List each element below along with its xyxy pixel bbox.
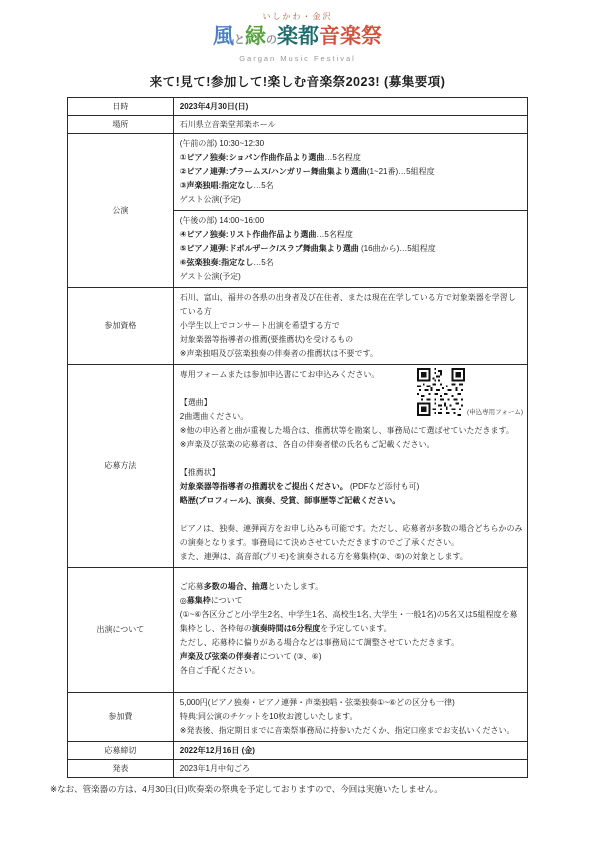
text-segment: …5名程度 bbox=[324, 153, 360, 162]
row-value-place: 石川県立音楽堂邦楽ホール bbox=[173, 115, 527, 133]
text-line: ※声楽及び弦楽の応募者は、各自の伴奏者様の氏名もご記載ください。 bbox=[180, 438, 523, 452]
text-line bbox=[180, 452, 523, 466]
text-line: 各自ご手配ください。 bbox=[180, 664, 523, 678]
text-segment: 演奏時間は6分程度 bbox=[252, 624, 320, 633]
logo-subtitle: Gargan Music Festival bbox=[0, 55, 595, 63]
text-segment: といたします。 bbox=[268, 582, 323, 591]
row-value-performance-morning: (午前の部) 10:30~12:30①ピアノ独奏:ショパン作曲作品より選曲…5名… bbox=[173, 133, 527, 210]
row-deadline: 応募締切 2022年12月16日 (金) bbox=[68, 741, 528, 759]
text-line: ※声楽独唱及び弦楽独奏の伴奏者の推薦状は不要です。 bbox=[180, 347, 523, 361]
row-label-deadline: 応募締切 bbox=[68, 741, 174, 759]
text-line: 略歴(プロフィール)、演奏、受賞、師事歴等ご記載ください。 bbox=[180, 494, 523, 508]
row-value-application: (申込専用フォーム) 専用フォームまたは参加申込書にてお申込みください。 【選曲… bbox=[173, 364, 527, 567]
text-line: また、連弾は、高音部(プリモ)を演奏される方を募集枠(②、⑤)の対象とします。 bbox=[180, 550, 523, 564]
qr-code-image bbox=[417, 368, 465, 416]
row-appearance: 出演について ご応募多数の場合、抽選といたします。◎募集枠について(①~⑥各区分… bbox=[68, 567, 528, 692]
text-line: ※発表後、指定期日までに音楽祭事務局に持参いただくか、指定口座までお支払いくださ… bbox=[180, 724, 523, 738]
row-performance-morning: 公演 (午前の部) 10:30~12:30①ピアノ独奏:ショパン作曲作品より選曲… bbox=[68, 133, 528, 210]
logo-word-ongakusai: 音楽祭 bbox=[319, 23, 382, 48]
text-segment: …5名程度 bbox=[316, 230, 352, 239]
text-segment: 対象楽器等指導者の推薦状をご提出ください。 bbox=[180, 482, 348, 491]
row-label-place: 場所 bbox=[68, 115, 174, 133]
text-segment: …5名 bbox=[253, 258, 273, 267]
row-value-fee: 5,000円(ピアノ独奏・ピアノ連弾・声楽独唱・弦楽独奏①~⑥どの区分も一律)特… bbox=[173, 692, 527, 741]
text-line: 声楽及び弦楽の伴奏者について (③、⑥) bbox=[180, 650, 523, 664]
text-line: ③声楽独唱:指定なし…5名 bbox=[180, 179, 523, 193]
logo-char-to: と bbox=[234, 33, 245, 46]
text-segment: 略歴(プロフィール)、演奏、受賞、師事歴等ご記載ください。 bbox=[180, 496, 401, 505]
row-label-announcement: 発表 bbox=[68, 759, 174, 777]
text-line: ゲスト公演(予定) bbox=[180, 193, 523, 207]
text-line: 小学生以上でコンサート出演を希望する方で bbox=[180, 319, 523, 333]
text-line: (①~⑥各区分ごと/小学生2名、中学生1名、高校生1名, 大学生・一般1名)の5… bbox=[180, 608, 523, 636]
document-page: いしかわ・金沢 風と緑の楽都音楽祭 Gargan Music Festival … bbox=[0, 0, 595, 841]
row-label-eligibility: 参加資格 bbox=[68, 287, 174, 364]
text-line bbox=[180, 508, 523, 522]
datetime-value: 2023年4月30日(日) bbox=[180, 102, 248, 111]
row-value-performance-afternoon: (午後の部) 14:00~16:00④ピアノ独奏:リスト作曲作品より選曲…5名程… bbox=[173, 210, 527, 287]
text-line: ゲスト公演(予定) bbox=[180, 270, 523, 284]
row-announcement: 発表 2023年1月中旬ごろ bbox=[68, 759, 528, 777]
logo-char-midori: 緑 bbox=[245, 23, 266, 48]
text-segment: を予定しています。 bbox=[320, 624, 391, 633]
logo-region-text: いしかわ・金沢 bbox=[0, 13, 595, 21]
text-segment: について (③、⑥) bbox=[260, 652, 322, 661]
requirements-table: 日時 2023年4月30日(日) 場所 石川県立音楽堂邦楽ホール 公演 (午前の… bbox=[67, 97, 528, 778]
text-segment: (PDFなど添付も可) bbox=[348, 482, 420, 491]
text-segment: 多数の場合、抽選 bbox=[204, 582, 268, 591]
text-line: ただし、応募枠に偏りがある場合などは事務局にて調整させていただきます。 bbox=[180, 636, 523, 650]
text-line: ②ピアノ連弾:ブラームス/ハンガリー舞曲集より選曲(1~21番)…5組程度 bbox=[180, 165, 523, 179]
text-line: ④ピアノ独奏:リスト作曲作品より選曲…5名程度 bbox=[180, 228, 523, 242]
text-line: 【推薦状】 bbox=[180, 466, 523, 480]
text-segment: ◎募集枠 bbox=[180, 596, 211, 605]
logo-char-kaze: 風 bbox=[213, 23, 234, 48]
text-line: ※他の申込者と曲が重複した場合は、推薦状等を勘案し、事務局にて選ばせていただきま… bbox=[180, 424, 523, 438]
row-value-appearance: ご応募多数の場合、抽選といたします。◎募集枠について(①~⑥各区分ごと/小学生2… bbox=[173, 567, 527, 692]
row-value-datetime: 2023年4月30日(日) bbox=[173, 97, 527, 115]
text-line: ①ピアノ独奏:ショパン作曲作品より選曲…5名程度 bbox=[180, 151, 523, 165]
text-segment: ⑤ピアノ連弾:ドボルザーク/スラブ舞曲集より選曲 bbox=[180, 244, 359, 253]
text-line: ご応募多数の場合、抽選といたします。 bbox=[180, 580, 523, 594]
row-label-datetime: 日時 bbox=[68, 97, 174, 115]
text-line: 石川、富山、福井の各県の出身者及び在住者、または現在在学している方で対象楽器を学… bbox=[180, 291, 523, 319]
logo-word-gakuto: 楽都 bbox=[277, 23, 319, 48]
row-fee: 参加費 5,000円(ピアノ独奏・ピアノ連弾・声楽独唱・弦楽独奏①~⑥どの区分も… bbox=[68, 692, 528, 741]
page-title: 来て!見て!参加して!楽しむ音楽祭2023! (募集要項) bbox=[0, 72, 595, 90]
row-eligibility: 参加資格 石川、富山、福井の各県の出身者及び在住者、または現在在学している方で対… bbox=[68, 287, 528, 364]
text-segment: 声楽及び弦楽の伴奏者 bbox=[180, 652, 260, 661]
row-datetime: 日時 2023年4月30日(日) bbox=[68, 97, 528, 115]
logo: いしかわ・金沢 風と緑の楽都音楽祭 Gargan Music Festival bbox=[0, 0, 595, 63]
text-segment: ④ピアノ独奏:リスト作曲作品より選曲 bbox=[180, 230, 317, 239]
logo-main-text: 風と緑の楽都音楽祭 bbox=[0, 24, 595, 51]
row-place: 場所 石川県立音楽堂邦楽ホール bbox=[68, 115, 528, 133]
text-segment: …5名 bbox=[253, 181, 273, 190]
text-segment: ①ピアノ独奏:ショパン作曲作品より選曲 bbox=[180, 153, 325, 162]
text-segment: について bbox=[211, 596, 243, 605]
text-line: 対象楽器等指導者の推薦(要推薦状)を受けるもの bbox=[180, 333, 523, 347]
qr-code-block: (申込専用フォーム) bbox=[417, 368, 523, 416]
text-segment: ご応募 bbox=[180, 582, 204, 591]
text-line: ◎募集枠について bbox=[180, 594, 523, 608]
qr-code-label: (申込専用フォーム) bbox=[467, 407, 523, 416]
text-line: 対象楽器等指導者の推薦状をご提出ください。 (PDFなど添付も可) bbox=[180, 480, 523, 494]
text-line: ピアノは、独奏、連弾両方をお申し込みも可能です。ただし、応募者が多数の場合どちら… bbox=[180, 522, 523, 550]
deadline-value: 2022年12月16日 (金) bbox=[180, 746, 255, 755]
text-line: (午後の部) 14:00~16:00 bbox=[180, 214, 523, 228]
text-line: ⑥弦楽独奏:指定なし…5名 bbox=[180, 256, 523, 270]
row-value-deadline: 2022年12月16日 (金) bbox=[173, 741, 527, 759]
row-label-performance: 公演 bbox=[68, 133, 174, 287]
text-line: 特典:同公演のチケットを10枚お渡しいたします。 bbox=[180, 710, 523, 724]
footer-note: ※なお、管楽器の方は、4月30日(日)吹奏楽の祭典を予定しておりますので、今回は… bbox=[50, 783, 595, 796]
text-segment: ③声楽独唱:指定なし bbox=[180, 181, 253, 190]
row-value-announcement: 2023年1月中旬ごろ bbox=[173, 759, 527, 777]
logo-char-no: の bbox=[266, 33, 277, 46]
row-label-fee: 参加費 bbox=[68, 692, 174, 741]
text-segment: (1~21番)…5組程度 bbox=[367, 167, 435, 176]
row-label-application: 応募方法 bbox=[68, 364, 174, 567]
text-segment: ②ピアノ連弾:ブラームス/ハンガリー舞曲集より選曲 bbox=[180, 167, 367, 176]
text-line: (午前の部) 10:30~12:30 bbox=[180, 137, 523, 151]
row-label-appearance: 出演について bbox=[68, 567, 174, 692]
row-application: 応募方法 bbox=[68, 364, 528, 567]
text-line: ⑤ピアノ連弾:ドボルザーク/スラブ舞曲集より選曲 (16曲から)…5組程度 bbox=[180, 242, 523, 256]
text-segment: (16曲から)…5組程度 bbox=[359, 244, 436, 253]
text-line: 5,000円(ピアノ独奏・ピアノ連弾・声楽独唱・弦楽独奏①~⑥どの区分も一律) bbox=[180, 696, 523, 710]
row-value-eligibility: 石川、富山、福井の各県の出身者及び在住者、または現在在学している方で対象楽器を学… bbox=[173, 287, 527, 364]
text-segment: ⑥弦楽独奏:指定なし bbox=[180, 258, 253, 267]
